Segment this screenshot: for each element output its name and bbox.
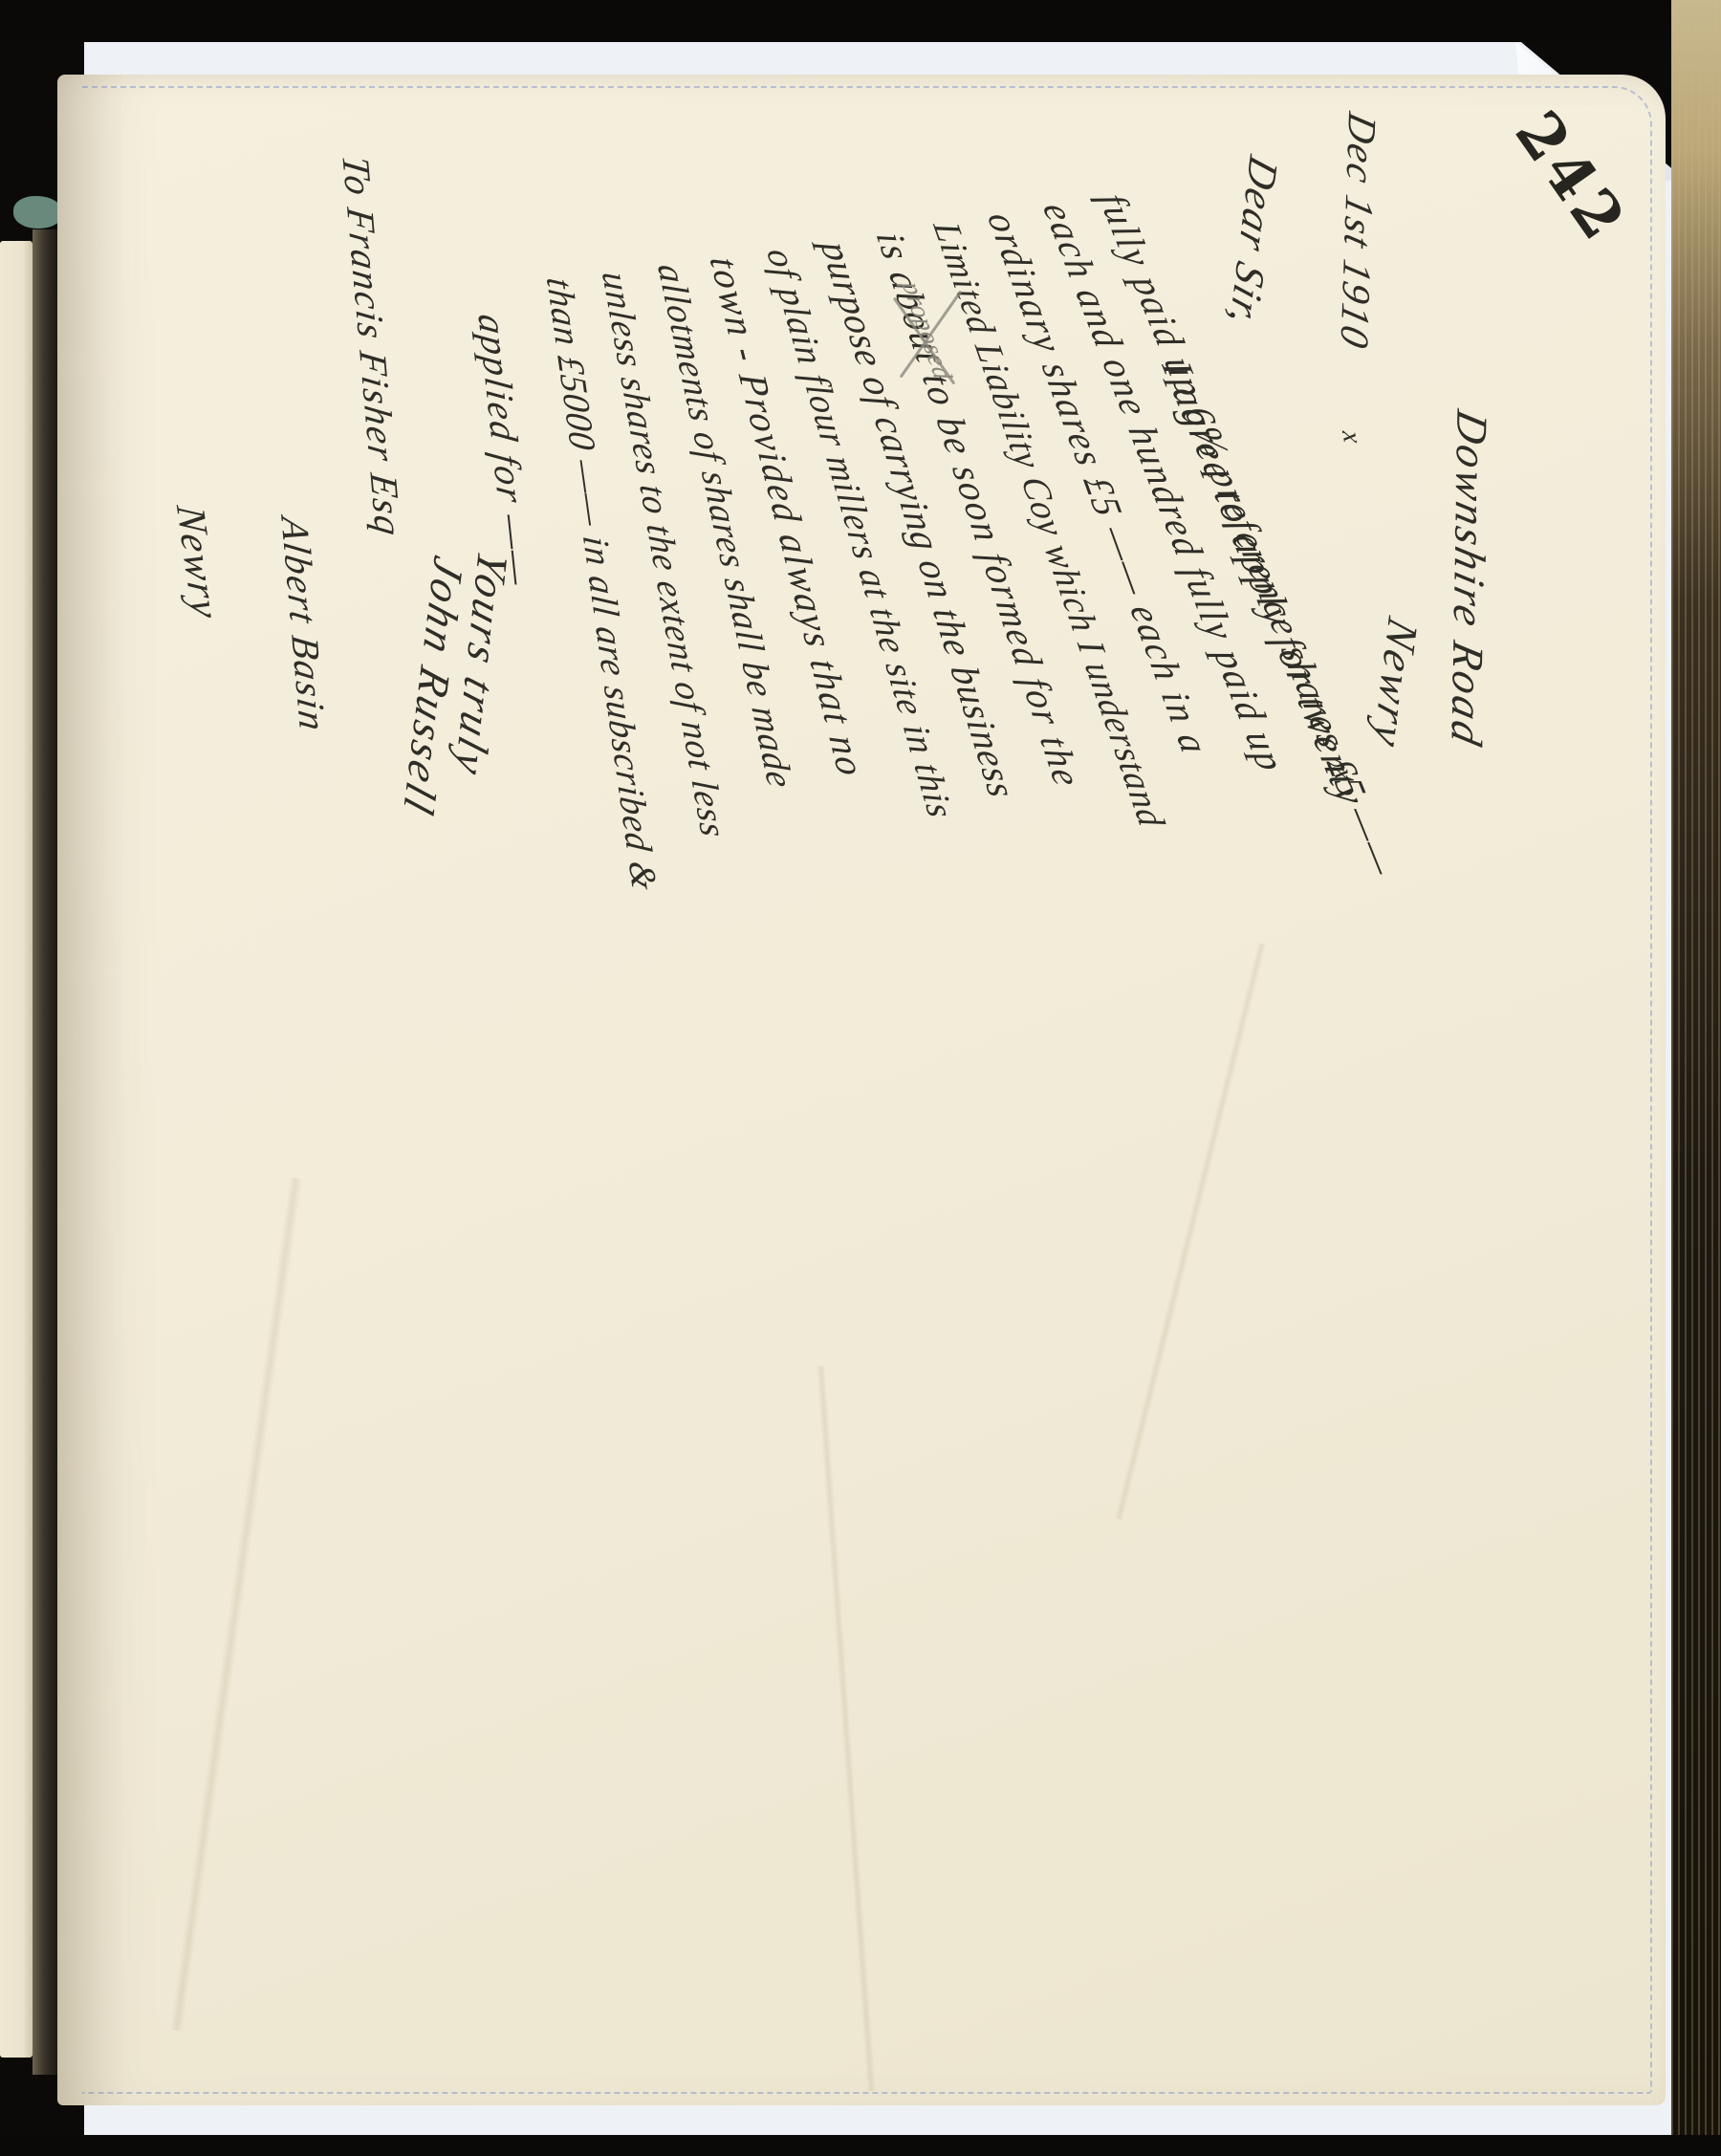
- background-top: [0, 0, 1721, 42]
- paper-crease: [1114, 943, 1267, 1520]
- paper-crease: [169, 1177, 302, 2031]
- handwritten-line: x: [1335, 431, 1368, 444]
- paper-crease: [817, 1366, 877, 2092]
- book-fore-edge: [1671, 0, 1721, 2156]
- background-bottom: [0, 2135, 1721, 2156]
- binding-cloth: [13, 196, 63, 229]
- photographed-letter-page: 242 Downshire RoadNewryxDec 1st 1910xDea…: [0, 0, 1721, 2156]
- handwritten-line: Downshire Road: [1441, 406, 1497, 753]
- adjacent-page-edge: [0, 241, 33, 2058]
- handwritten-line: Dec 1st 1910: [1331, 108, 1384, 354]
